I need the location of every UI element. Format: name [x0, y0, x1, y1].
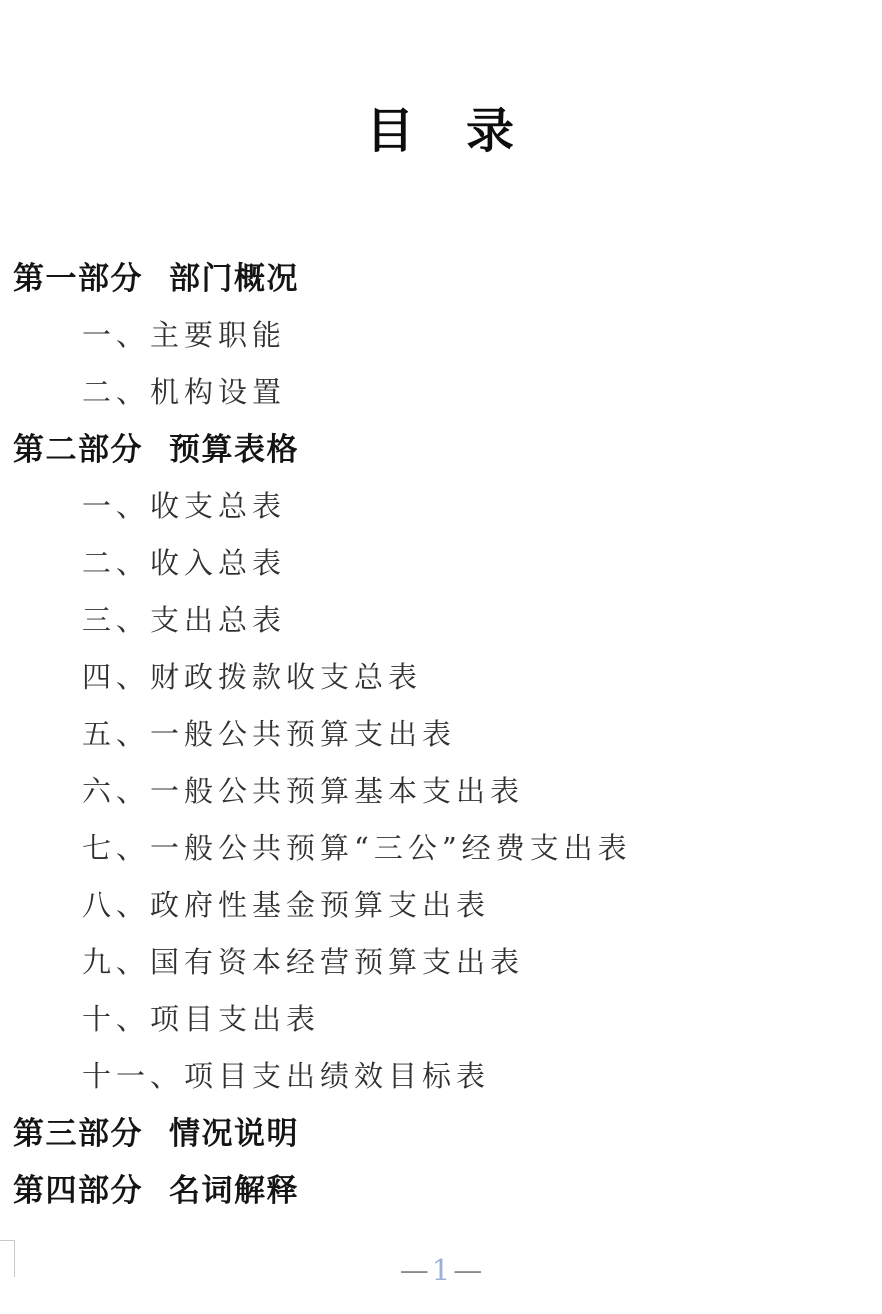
toc-entry: 一、主要职能 [13, 307, 853, 364]
section-label: 第四部分 [13, 1173, 143, 1208]
toc-entry: 七、一般公共预算“三公”经费支出表 [13, 820, 853, 877]
toc-entry: 一、收支总表 [13, 478, 853, 535]
toc-section-3-heading: 第三部分情况说明 [13, 1105, 853, 1162]
table-of-contents: 第一部分部门概况 一、主要职能 二、机构设置 第二部分预算表格 一、收支总表 二… [13, 250, 853, 1219]
toc-entry: 十、项目支出表 [13, 991, 853, 1048]
toc-entry: 三、支出总表 [13, 592, 853, 649]
toc-entry: 二、机构设置 [13, 364, 853, 421]
toc-entry: 九、国有资本经营预算支出表 [13, 934, 853, 991]
page-number: 1 [432, 1253, 450, 1287]
section-label: 第一部分 [13, 261, 143, 296]
footer-left-dash: — [400, 1253, 429, 1287]
section-title: 预算表格 [169, 432, 299, 467]
section-title: 情况说明 [169, 1116, 299, 1151]
footer-right-dash: — [453, 1253, 482, 1287]
toc-entry: 十一、项目支出绩效目标表 [13, 1048, 853, 1105]
toc-entry: 六、一般公共预算基本支出表 [13, 763, 853, 820]
page-number-footer: —1— [0, 1250, 882, 1290]
page-title: 目 录 [0, 106, 882, 156]
toc-entry: 五、一般公共预算支出表 [13, 706, 853, 763]
toc-section-4-heading: 第四部分名词解释 [13, 1162, 853, 1219]
toc-section-2-heading: 第二部分预算表格 [13, 421, 853, 478]
footer-corner-line-horizontal [0, 1240, 15, 1241]
section-title: 名词解释 [169, 1173, 299, 1208]
toc-entry: 四、财政拨款收支总表 [13, 649, 853, 706]
toc-entry: 八、政府性基金预算支出表 [13, 877, 853, 934]
section-label: 第二部分 [13, 432, 143, 467]
section-title: 部门概况 [169, 261, 299, 296]
section-label: 第三部分 [13, 1116, 143, 1151]
toc-entry: 二、收入总表 [13, 535, 853, 592]
toc-section-1-heading: 第一部分部门概况 [13, 250, 853, 307]
